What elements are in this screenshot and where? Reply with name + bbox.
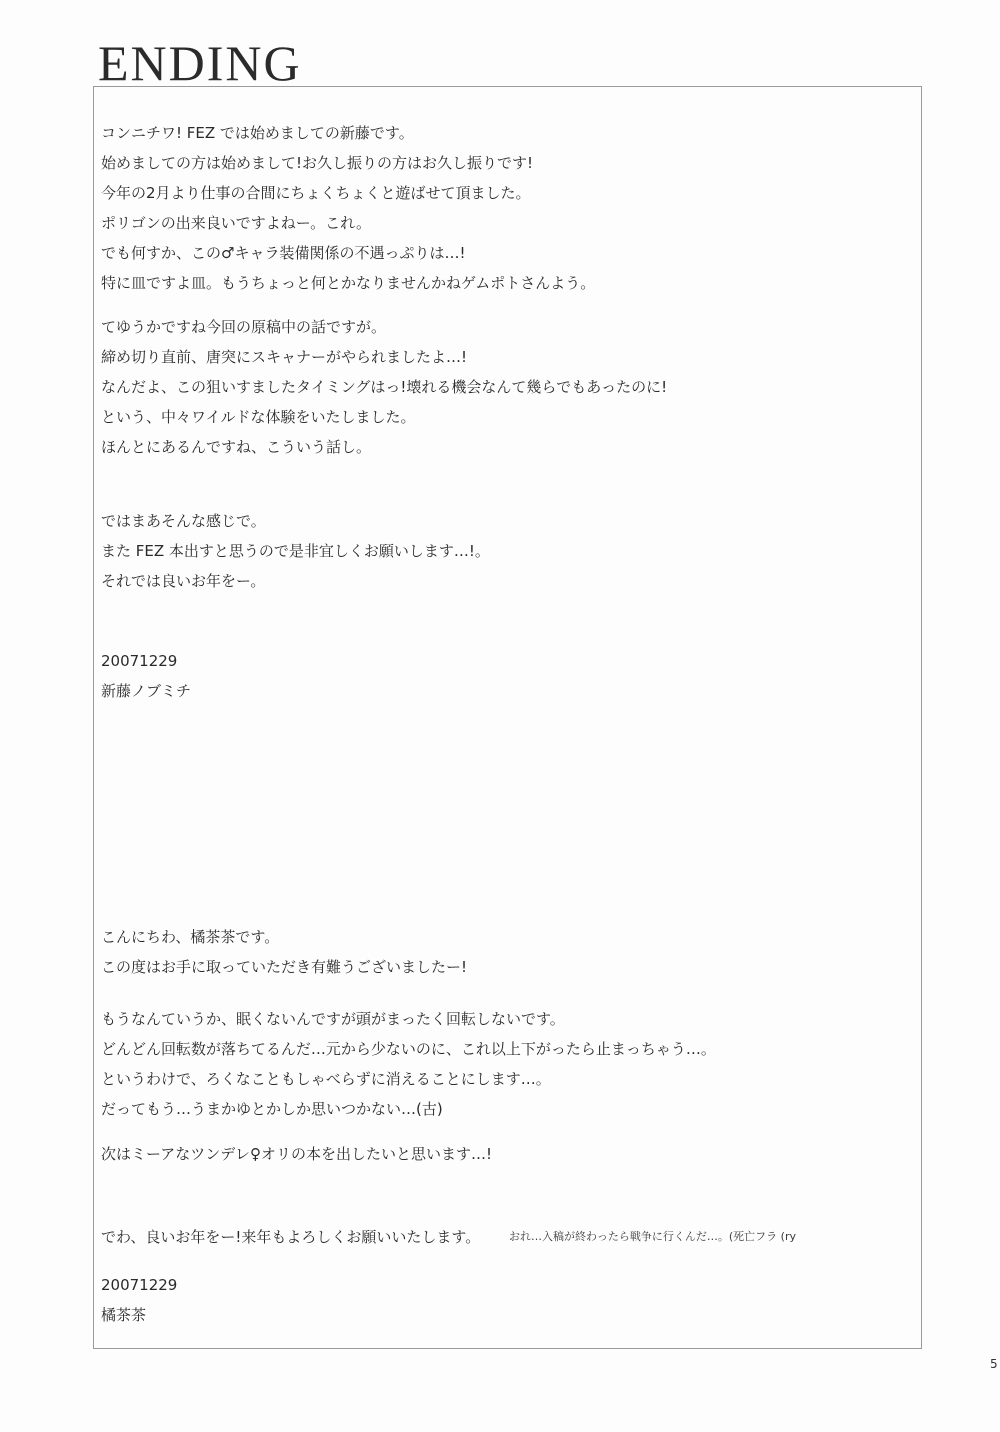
s1-line: コンニチワ! FEZ では始めましての新藤です。 (101, 124, 414, 142)
s1-line: 特に皿ですよ皿。もうちょっと何とかなりませんかねゲムポトさんよう。 (101, 274, 595, 292)
s1-line: 締め切り直前、唐突にスキャナーがやられましたよ…! (101, 348, 467, 366)
s1-line: 今年の2月より仕事の合間にちょくちょくと遊ばせて頂ました。 (101, 184, 531, 202)
s2-date: 20071229 (101, 1276, 177, 1294)
s1-line: でも何すか、この♂キャラ装備関係の不遇っぷりは…! (101, 244, 465, 262)
side-note: おれ…入稿が終わったら戦争に行くんだ…。(死亡フラ (ry (509, 1230, 796, 1244)
s2-author: 橘茶茶 (101, 1306, 146, 1324)
s1-line: てゆうかですね今回の原稿中の話ですが。 (101, 318, 386, 336)
s1-line: それでは良いお年をー。 (101, 572, 265, 590)
s1-author: 新藤ノブミチ (101, 682, 191, 700)
s2-line: 次はミーアなツンデレ♀オリの本を出したいと思います…! (101, 1145, 492, 1163)
s2-line: というわけで、ろくなこともしゃべらずに消えることにします…。 (101, 1070, 551, 1088)
s1-line: なんだよ、この狙いすましたタイミングはっ!壊れる機会なんて幾らでもあったのに! (101, 378, 667, 396)
s2-line: だってもう…うまかゆとかしか思いつかない…(古) (101, 1100, 443, 1118)
s2-line: どんどん回転数が落ちてるんだ…元から少ないのに、これ以上下がったら止まっちゃう…… (101, 1040, 716, 1058)
s2-line: この度はお手に取っていただき有難うございましたー! (101, 958, 467, 976)
s1-line: ではまあそんな感じで。 (101, 512, 266, 530)
s2-line: でわ、良いお年をー!来年もよろしくお願いいたします。 (101, 1228, 480, 1246)
s2-line: もうなんていうか、眠くないんですが頭がまったく回転しないです。 (101, 1010, 565, 1028)
s1-line: また FEZ 本出すと思うので是非宜しくお願いします…!。 (101, 542, 490, 560)
page-number: 5 (990, 1357, 998, 1371)
s1-line: という、中々ワイルドな体験をいたしました。 (101, 408, 416, 426)
s2-line: こんにちわ、橘茶茶です。 (101, 928, 279, 946)
s1-line: ほんとにあるんですね、こういう話し。 (101, 438, 371, 456)
s1-date: 20071229 (101, 652, 177, 670)
s1-line: 始めましての方は始めまして!お久し振りの方はお久し振りです! (101, 154, 533, 172)
s1-line: ポリゴンの出来良いですよねー。これ。 (101, 214, 371, 232)
page-title: ENDING (98, 38, 302, 88)
